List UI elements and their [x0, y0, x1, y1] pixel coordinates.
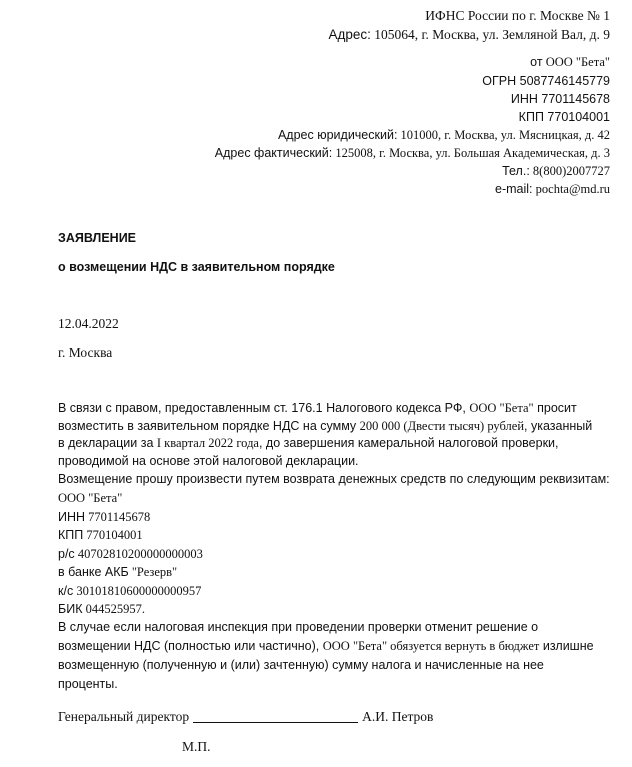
sender-kpp: КПП 770104001	[519, 108, 610, 127]
sender-kpp-label: КПП	[519, 110, 544, 124]
signature-position: Генеральный директор	[58, 709, 189, 724]
document-subtitle: о возмещении НДС в заявительном порядке	[58, 260, 335, 274]
requisite-account: р/с 40702810200000000003	[58, 545, 203, 564]
requisite-kpp: КПП 770104001	[58, 526, 203, 545]
recipient-address-label: Адрес:	[329, 27, 371, 42]
sender-actual-address-label: Адрес фактический:	[215, 146, 332, 160]
recipient-address-value: 105064, г. Москва, ул. Земляной Вал, д. …	[374, 27, 610, 42]
requisite-inn-label: ИНН	[58, 510, 85, 524]
sender-phone-value: 8(800)2007727	[533, 164, 610, 178]
sender-email-value: pochta@md.ru	[536, 182, 610, 196]
sender-inn-label: ИНН	[511, 92, 538, 106]
requisite-account-label: р/с	[58, 547, 75, 561]
signature-line	[193, 722, 358, 723]
signature-block: Генеральный директорА.И. Петров	[58, 709, 433, 725]
sender-actual-address: Адрес фактический: 125008, г. Москва, ул…	[215, 144, 610, 163]
sender-inn: ИНН 7701145678	[511, 90, 610, 109]
sender-kpp-value: 770104001	[547, 110, 610, 124]
requisite-bank: в банке АКБ "Резерв"	[58, 563, 203, 582]
sender-ogrn-value: 5087746145779	[520, 74, 610, 88]
requisite-company: ООО "Бета"	[58, 489, 203, 508]
sender-company: от ООО "Бета"	[530, 53, 610, 72]
sender-ogrn-label: ОГРН	[482, 74, 516, 88]
sender-ogrn: ОГРН 5087746145779	[482, 72, 610, 91]
sender-phone-label: Тел.:	[502, 164, 530, 178]
sender-email-label: e-mail:	[495, 182, 533, 196]
requisites-list: ООО "Бета" ИНН 7701145678 КПП 770104001 …	[58, 489, 203, 619]
requisite-corr-value: 30101810600000000957	[76, 584, 201, 598]
requisite-bank-value: "Резерв"	[132, 565, 177, 579]
requisite-kpp-label: КПП	[58, 528, 83, 542]
sender-email: e-mail: pochta@md.ru	[495, 180, 610, 199]
p1-amount: 200 000 (Двести тысяч) рублей	[360, 419, 524, 433]
requisite-corr-account: к/с 30101810600000000957	[58, 582, 203, 601]
requisite-inn-value: 7701145678	[88, 510, 150, 524]
p1-part1: В связи с правом, предоставленным ст. 17…	[58, 401, 469, 415]
document-date: 12.04.2022	[58, 316, 119, 332]
p1-company: ООО "Бета"	[469, 401, 533, 415]
sender-actual-address-value: 125008, г. Москва, ул. Большая Академиче…	[335, 146, 610, 160]
requisite-bank-label: в банке АКБ	[58, 565, 129, 579]
requisite-bik-label: БИК	[58, 602, 82, 616]
p3-company-obligation: ООО "Бета" обязуется вернуть в бюджет	[323, 639, 540, 653]
p1-period: I квартал 2022 года	[157, 436, 259, 450]
sender-from-prefix: от	[530, 55, 542, 69]
recipient-authority: ИФНС России по г. Москве № 1	[425, 6, 610, 25]
sender-legal-address: Адрес юридический: 101000, г. Москва, ул…	[278, 126, 610, 145]
stamp-place: М.П.	[182, 739, 211, 755]
sender-inn-value: 7701145678	[541, 92, 610, 106]
requisite-bik-value: 044525957.	[86, 602, 145, 616]
requisite-corr-label: к/с	[58, 584, 73, 598]
requisite-account-value: 40702810200000000003	[78, 547, 203, 561]
paragraph-obligation: В случае если налоговая инспекция при пр…	[58, 618, 598, 694]
signature-name: А.И. Петров	[362, 709, 433, 724]
requisite-inn: ИНН 7701145678	[58, 508, 203, 527]
sender-company-name: ООО "Бета"	[546, 55, 610, 69]
sender-legal-address-label: Адрес юридический:	[278, 128, 397, 142]
document-title: ЗАЯВЛЕНИЕ	[58, 231, 136, 245]
recipient-authority-text: ИФНС России по г. Москве № 1	[425, 8, 610, 23]
sender-phone: Тел.: 8(800)2007727	[502, 162, 610, 181]
document-city: г. Москва	[58, 345, 112, 361]
requisite-kpp-value: 770104001	[86, 528, 142, 542]
sender-legal-address-value: 101000, г. Москва, ул. Мясницкая, д. 42	[401, 128, 610, 142]
paragraph-request: В связи с правом, предоставленным ст. 17…	[58, 400, 598, 470]
requisite-bik: БИК 044525957.	[58, 600, 203, 619]
paragraph-refund-intro: Возмещение прошу произвести путем возвра…	[58, 472, 610, 486]
recipient-address: Адрес: 105064, г. Москва, ул. Земляной В…	[329, 25, 610, 44]
